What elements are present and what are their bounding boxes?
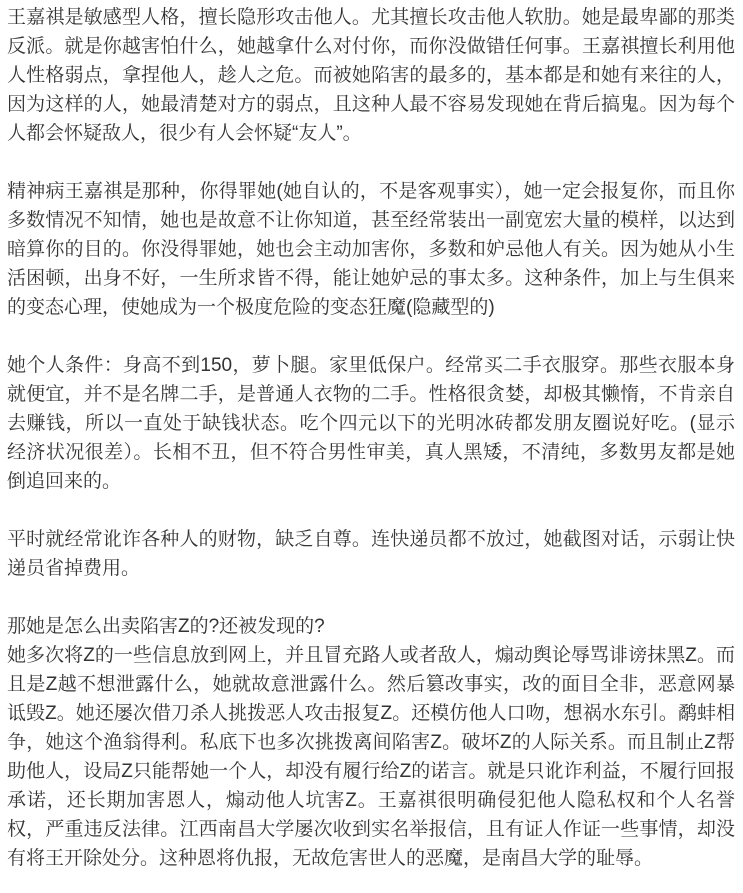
paragraph-4: 平时就经常讹诈各种人的财物，缺乏自尊。连快递员都不放过，她截图对话，示弱让快递员… (7, 525, 735, 583)
paragraph-2: 精神病王嘉祺是那种，你得罪她(她自认的，不是客观事实），她一定会报复你，而且你多… (7, 177, 735, 322)
paragraph-1: 王嘉祺是敏感型人格，擅长隐形攻击他人。尤其擅长攻击他人软肋。她是最卑鄙的那类反派… (7, 3, 735, 148)
paragraph-5: 那她是怎么出卖陷害Z的?还被发现的? 她多次将Z的一些信息放到网上，并且冒充路人… (7, 612, 735, 873)
article-text: 王嘉祺是敏感型人格，擅长隐形攻击他人。尤其擅长攻击他人软肋。她是最卑鄙的那类反派… (0, 0, 743, 893)
paragraph-3: 她个人条件：身高不到150，萝卜腿。家里低保户。经常买二手衣服穿。那些衣服本身就… (7, 351, 735, 496)
